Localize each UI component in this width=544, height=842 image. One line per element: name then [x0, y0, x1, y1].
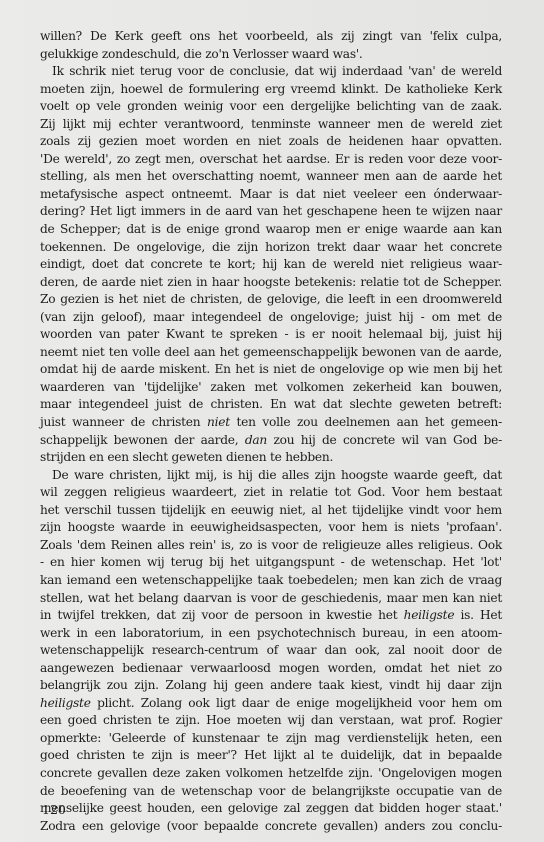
body-text: willen? De Kerk geeft ons het voorbeeld,…: [40, 28, 502, 835]
emphasis-text: niet: [207, 415, 230, 429]
text-line: Ik schrik niet terug voor de conclusie, …: [40, 63, 502, 81]
text-line: kan iemand een wetenschappelijke taak to…: [40, 572, 502, 590]
text-line: belangrijk zou zijn. Zolang hij geen and…: [40, 677, 502, 695]
text-line: deren, de aarde niet zien in haar hoogst…: [40, 274, 502, 292]
emphasis-text: dan: [245, 433, 267, 447]
text-line: goed christen te zijn is meer'? Het lijk…: [40, 747, 502, 765]
text-run: schappelijk bewonen der aarde,: [40, 433, 245, 447]
text-run: plicht. Zolang ook ligt daar de enige mo…: [91, 696, 502, 710]
book-page: willen? De Kerk geeft ons het voorbeeld,…: [0, 0, 544, 842]
text-run: juist wanneer de christen: [40, 415, 207, 429]
text-line: zijn hoogste waarde in eeuwigheidsaspect…: [40, 519, 502, 537]
text-line: een goed christen te zijn. Hoe moeten wi…: [40, 712, 502, 730]
text-run: in twijfel trekken, dat zij voor de pers…: [40, 608, 404, 622]
text-line: wil zeggen religieus waardeert, ziet in …: [40, 484, 502, 502]
text-line: stellen, wat het belang daarvan is voor …: [40, 590, 502, 608]
text-line: metafysische aspect ontneemt. Maar is da…: [40, 186, 502, 204]
text-line: voelt op vele gronden weinig voor een de…: [40, 98, 502, 116]
text-line: woorden van pater Kwant te spreken - is …: [40, 326, 502, 344]
text-line: (van zijn geloof), maar integendeel de o…: [40, 309, 502, 327]
text-line: schappelijk bewonen der aarde, dan zou h…: [40, 432, 502, 450]
text-line: gelukkige zondeschuld, die zo'n Verlosse…: [40, 46, 502, 64]
text-line: neemt niet ten volle deel aan het gemeen…: [40, 344, 502, 362]
text-line: willen? De Kerk geeft ons het voorbeeld,…: [40, 28, 502, 46]
text-line: Zodra een gelovige (voor bepaalde concre…: [40, 818, 502, 836]
text-line: toekennen. De ongelovige, die zijn horiz…: [40, 239, 502, 257]
emphasis-text: heiligste: [404, 608, 455, 622]
text-line: moeten zijn, hoewel de formulering erg v…: [40, 81, 502, 99]
text-run: is. Het: [454, 608, 502, 622]
text-line: juist wanneer de christen niet ten volle…: [40, 414, 502, 432]
text-run: ten volle zou deelnemen aan het gemeen-: [230, 415, 502, 429]
text-line: maar integendeel juist de christen. En w…: [40, 396, 502, 414]
text-line: stelling, als men het overschatting noem…: [40, 168, 502, 186]
text-line: Zij lijkt mij echter verantwoord, tenmin…: [40, 116, 502, 134]
text-line: in twijfel trekken, dat zij voor de pers…: [40, 607, 502, 625]
text-line: 'De wereld', zo zegt men, overschat het …: [40, 151, 502, 169]
text-line: waarderen van 'tijdelijke' zaken met vol…: [40, 379, 502, 397]
text-line: menselijke geest houden, een gelovige za…: [40, 800, 502, 818]
text-line: de Schepper; dat is de enige grond waaro…: [40, 221, 502, 239]
text-line: werk in een laboratorium, in een psychot…: [40, 625, 502, 643]
text-line: het verschil tussen tijdelijk en eeuwig …: [40, 502, 502, 520]
text-line: - en hier komen wij terug bij het uitgan…: [40, 554, 502, 572]
text-line: de beoefening van de wetenschap voor de …: [40, 783, 502, 801]
text-line: concrete gevallen deze zaken volkomen he…: [40, 765, 502, 783]
text-line: heiligste plicht. Zolang ook ligt daar d…: [40, 695, 502, 713]
text-line: omdat hij de aarde miskent. En het is ni…: [40, 361, 502, 379]
text-line: dering? Het ligt immers in de aard van h…: [40, 203, 502, 221]
text-line: zoals zij gezien moet worden en niet zoa…: [40, 133, 502, 151]
text-line: eindigt, doet dat concrete te kort; hij …: [40, 256, 502, 274]
page-number: 120: [42, 802, 66, 817]
text-line: aangewezen bedienaar verwaarloosd mogen …: [40, 660, 502, 678]
text-line: Zoals 'dem Reinen alles rein' is, zo is …: [40, 537, 502, 555]
emphasis-text: heiligste: [40, 696, 91, 710]
text-line: De ware christen, lijkt mij, is hij die …: [40, 467, 502, 485]
text-line: strijden en een slecht geweten dienen te…: [40, 449, 502, 467]
text-line: wetenschappelijk research-centrum of waa…: [40, 642, 502, 660]
text-run: zou hij de concrete wil van God be-: [267, 433, 502, 447]
text-line: opmerkte: 'Geleerde of kunstenaar te zij…: [40, 730, 502, 748]
text-line: Zo gezien is het niet de christen, de ge…: [40, 291, 502, 309]
